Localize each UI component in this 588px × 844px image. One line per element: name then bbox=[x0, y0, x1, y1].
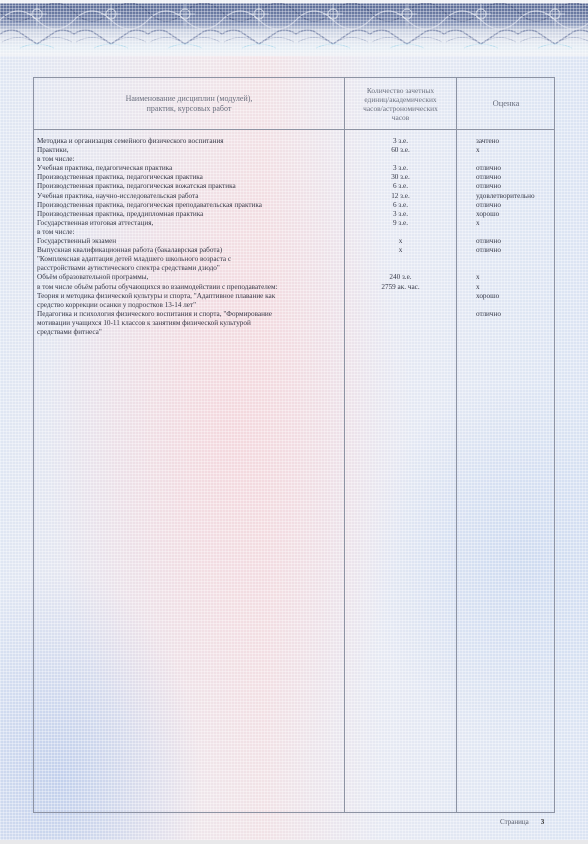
grade-value: х bbox=[476, 283, 556, 292]
header-discipline-name: Наименование дисциплин (модулей), практи… bbox=[34, 78, 344, 129]
table-row: Теория и методика физической культуры и … bbox=[34, 292, 554, 310]
grade-value: зачтено bbox=[476, 137, 556, 146]
credits-value: х bbox=[345, 237, 456, 246]
discipline-name: Учебная практика, научно-исследовательск… bbox=[37, 192, 342, 201]
grade-value: х bbox=[476, 219, 556, 228]
table-row: Практики, в том числе:60 з.е.х bbox=[34, 146, 554, 164]
discipline-name: Педагогика и психология физического восп… bbox=[37, 310, 342, 337]
header-divider bbox=[34, 129, 554, 130]
grade-value: отлично bbox=[476, 246, 556, 255]
credits-value: 3 з.е. bbox=[345, 210, 456, 219]
credits-value: 12 з.е. bbox=[345, 192, 456, 201]
table-row: Учебная практика, педагогическая практик… bbox=[34, 164, 554, 173]
table-row: Объём образовательной программы,240 з.е.… bbox=[34, 273, 554, 282]
grade-value: отлично bbox=[476, 201, 556, 210]
table-row: Производственная практика, педагогическа… bbox=[34, 173, 554, 182]
credits-value: 3 з.е. bbox=[345, 164, 456, 173]
page-footer: Страница3 bbox=[500, 818, 544, 826]
discipline-name: Выпускная квалификационная работа (бакал… bbox=[37, 246, 342, 273]
table-row: Государственная итоговая аттестация, в т… bbox=[34, 219, 554, 237]
credits-value: 60 з.е. bbox=[345, 146, 456, 155]
discipline-name: Учебная практика, педагогическая практик… bbox=[37, 164, 342, 173]
credits-value: 6 з.е. bbox=[345, 201, 456, 210]
grade-value: хорошо bbox=[476, 292, 556, 301]
grade-value: отлично bbox=[476, 164, 556, 173]
discipline-name: Производственная практика, педагогическа… bbox=[37, 201, 342, 210]
discipline-name: Объём образовательной программы, bbox=[37, 273, 342, 282]
discipline-name: в том числе объём работы обучающихся во … bbox=[37, 283, 342, 292]
grades-table: Наименование дисциплин (модулей), практи… bbox=[33, 77, 555, 813]
header-grade: Оценка bbox=[457, 78, 555, 129]
grade-value: х bbox=[476, 146, 556, 155]
table-row: Педагогика и психология физического восп… bbox=[34, 310, 554, 337]
discipline-name: Методика и организация семейного физичес… bbox=[37, 137, 342, 146]
header-credits: Количество зачетных единиц/академических… bbox=[345, 78, 456, 129]
discipline-name: Государственная итоговая аттестация, в т… bbox=[37, 219, 342, 237]
guilloche-border bbox=[0, 0, 588, 56]
credits-value: 30 з.е. bbox=[345, 173, 456, 182]
table-row: Производственная практика, педагогическа… bbox=[34, 182, 554, 191]
credits-value: 2759 ак. час. bbox=[345, 283, 456, 292]
credits-value: 3 з.е. bbox=[345, 137, 456, 146]
credits-value: х bbox=[345, 246, 456, 255]
grade-value: отлично bbox=[476, 310, 556, 319]
discipline-name: Производственная практика, педагогическа… bbox=[37, 182, 342, 191]
grade-value: отлично bbox=[476, 182, 556, 191]
discipline-name: Теория и методика физической культуры и … bbox=[37, 292, 342, 310]
table-row: Методика и организация семейного физичес… bbox=[34, 137, 554, 146]
grade-value: отлично bbox=[476, 237, 556, 246]
credits-value: 9 з.е. bbox=[345, 219, 456, 228]
diploma-supplement-page: Наименование дисциплин (модулей), практи… bbox=[0, 0, 588, 840]
table-row: Государственный экзаменхотлично bbox=[34, 237, 554, 246]
discipline-name: Производственная практика, преддипломная… bbox=[37, 210, 342, 219]
page-label: Страница bbox=[500, 818, 529, 826]
credits-value: 6 з.е. bbox=[345, 182, 456, 191]
table-row: Учебная практика, научно-исследовательск… bbox=[34, 192, 554, 201]
table-row: Производственная практика, педагогическа… bbox=[34, 201, 554, 210]
discipline-name: Производственная практика, педагогическа… bbox=[37, 173, 342, 182]
credits-value: 240 з.е. bbox=[345, 273, 456, 282]
table-body: Методика и организация семейного физичес… bbox=[34, 137, 554, 337]
discipline-name: Практики, в том числе: bbox=[37, 146, 342, 164]
page-number: 3 bbox=[541, 818, 545, 826]
grade-value: удовлетворительно bbox=[476, 192, 556, 201]
scan-edge bbox=[0, 840, 588, 844]
discipline-name: Государственный экзамен bbox=[37, 237, 342, 246]
grade-value: отлично bbox=[476, 173, 556, 182]
grade-value: х bbox=[476, 273, 556, 282]
table-row: в том числе объём работы обучающихся во … bbox=[34, 283, 554, 292]
table-row: Выпускная квалификационная работа (бакал… bbox=[34, 246, 554, 273]
grade-value: хорошо bbox=[476, 210, 556, 219]
table-row: Производственная практика, преддипломная… bbox=[34, 210, 554, 219]
